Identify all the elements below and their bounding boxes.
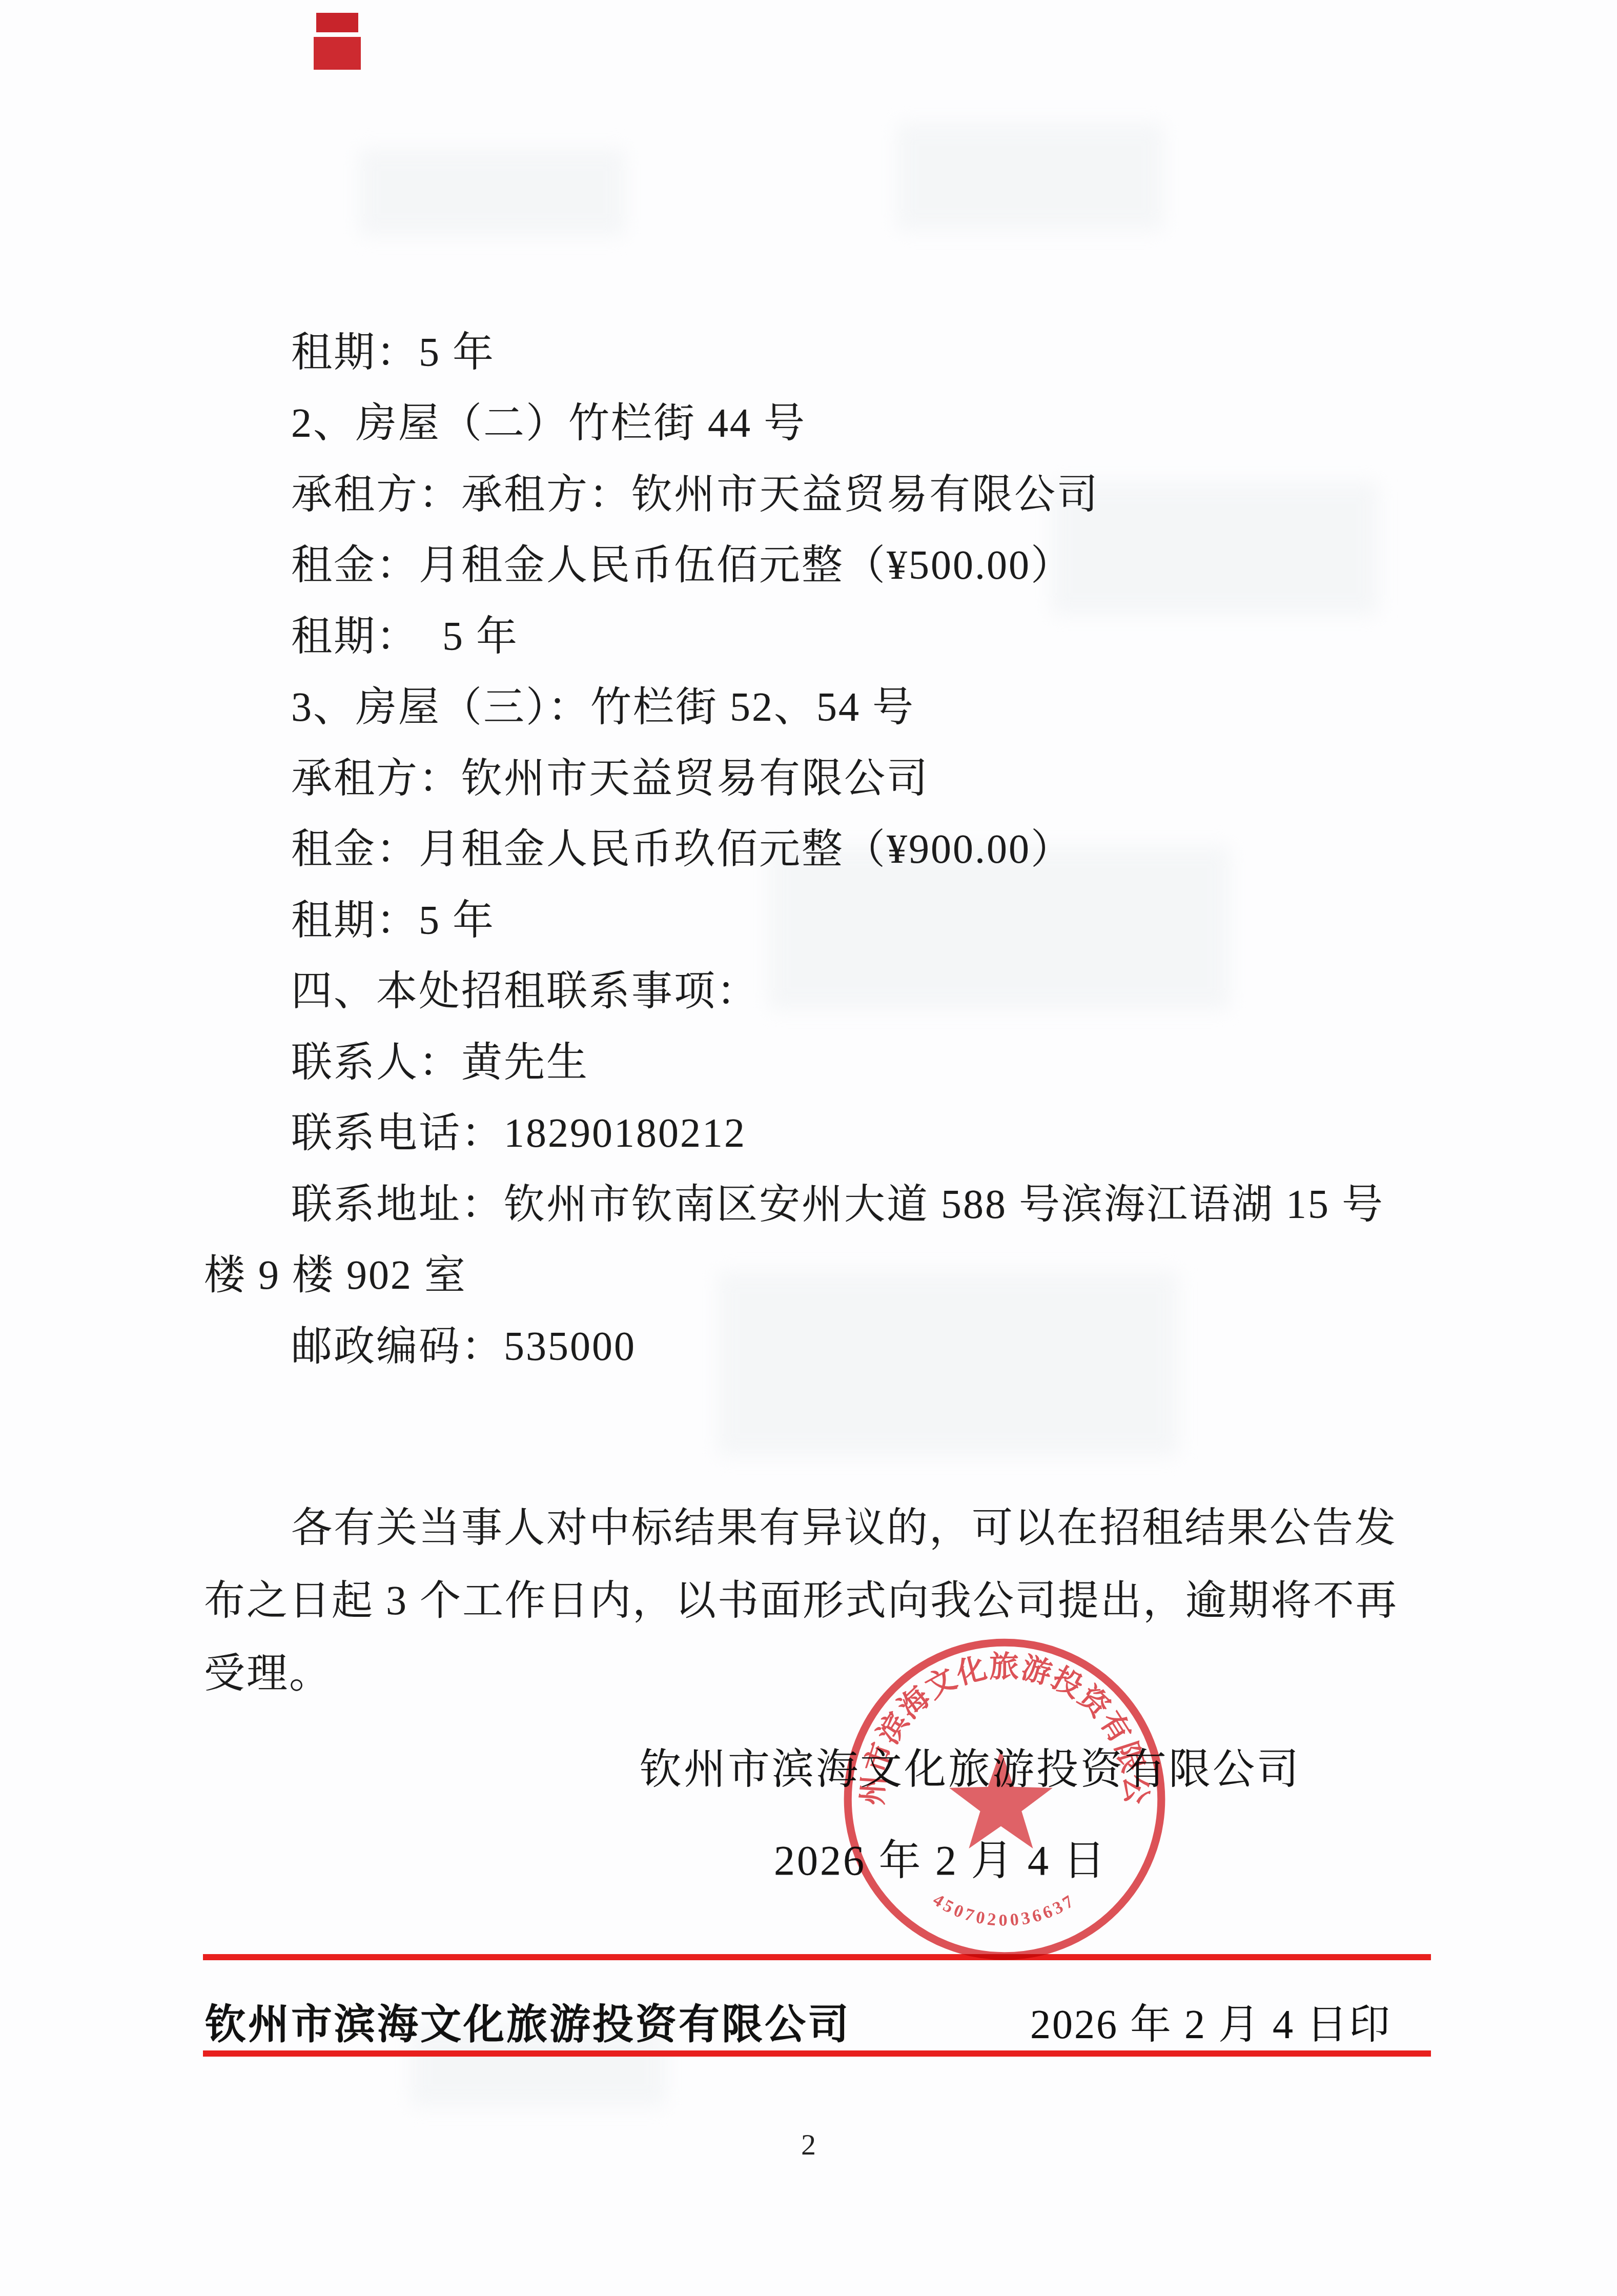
footer-rule-bottom — [203, 2050, 1431, 2057]
svg-text:4507020036637: 4507020036637 — [930, 1890, 1080, 1930]
body-line: 3、房屋（三）：竹栏街 52、54 号 — [291, 674, 915, 733]
body-line: 联系电话：18290180212 — [291, 1100, 746, 1159]
body-line: 租期：5 年 — [291, 887, 495, 946]
footer-date: 2026 年 2 月 4 日印 — [1030, 1991, 1391, 2050]
scan-ghost — [897, 123, 1163, 231]
document-page: 租期：5 年 2、房屋（二）竹栏街 44 号 承租方：承租方：钦州市天益贸易有限… — [0, 0, 1617, 2296]
body-line: 联系人：黄先生 — [291, 1029, 589, 1088]
scan-ghost — [1051, 482, 1379, 615]
body-line: 2、房屋（二）竹栏街 44 号 — [291, 390, 806, 449]
paragraph-line: 各有关当事人对中标结果有异议的，可以在招租结果公告发 — [291, 1494, 1397, 1553]
scan-ghost — [359, 149, 625, 236]
page-number: 2 — [0, 2127, 1617, 2162]
body-line: 承租方：钦州市天益贸易有限公司 — [291, 745, 929, 804]
seal-number: 4507020036637 — [930, 1890, 1080, 1930]
official-seal: 钦州市滨海文化旅游投资有限公司 4507020036637 — [836, 1631, 1173, 1967]
paragraph-line: 受理。 — [204, 1640, 332, 1699]
body-line: 楼 9 楼 902 室 — [204, 1242, 467, 1301]
body-line: 四、本处招租联系事项： — [291, 958, 759, 1017]
body-line: 租期： 5 年 — [291, 603, 519, 662]
seal-star — [949, 1750, 1053, 1848]
red-scan-mark — [314, 37, 361, 70]
body-line: 租期：5 年 — [291, 319, 495, 378]
footer-company: 钦州市滨海文化旅游投资有限公司 — [205, 1991, 851, 2050]
scan-ghost — [718, 1271, 1179, 1456]
footer-rule-top — [203, 1954, 1431, 1960]
body-line: 租金：月租金人民币伍佰元整（¥500.00） — [291, 532, 1073, 591]
paragraph-line: 布之日起 3 个工作日内，以书面形式向我公司提出，逾期将不再 — [204, 1567, 1398, 1626]
red-scan-mark — [316, 13, 358, 32]
body-line: 邮政编码：535000 — [291, 1313, 636, 1372]
body-line: 联系地址：钦州市钦南区安州大道 588 号滨海江语湖 15 号 — [291, 1171, 1384, 1230]
body-line: 承租方：承租方：钦州市天益贸易有限公司 — [291, 461, 1099, 520]
body-line: 租金：月租金人民币玖佰元整（¥900.00） — [291, 816, 1073, 875]
